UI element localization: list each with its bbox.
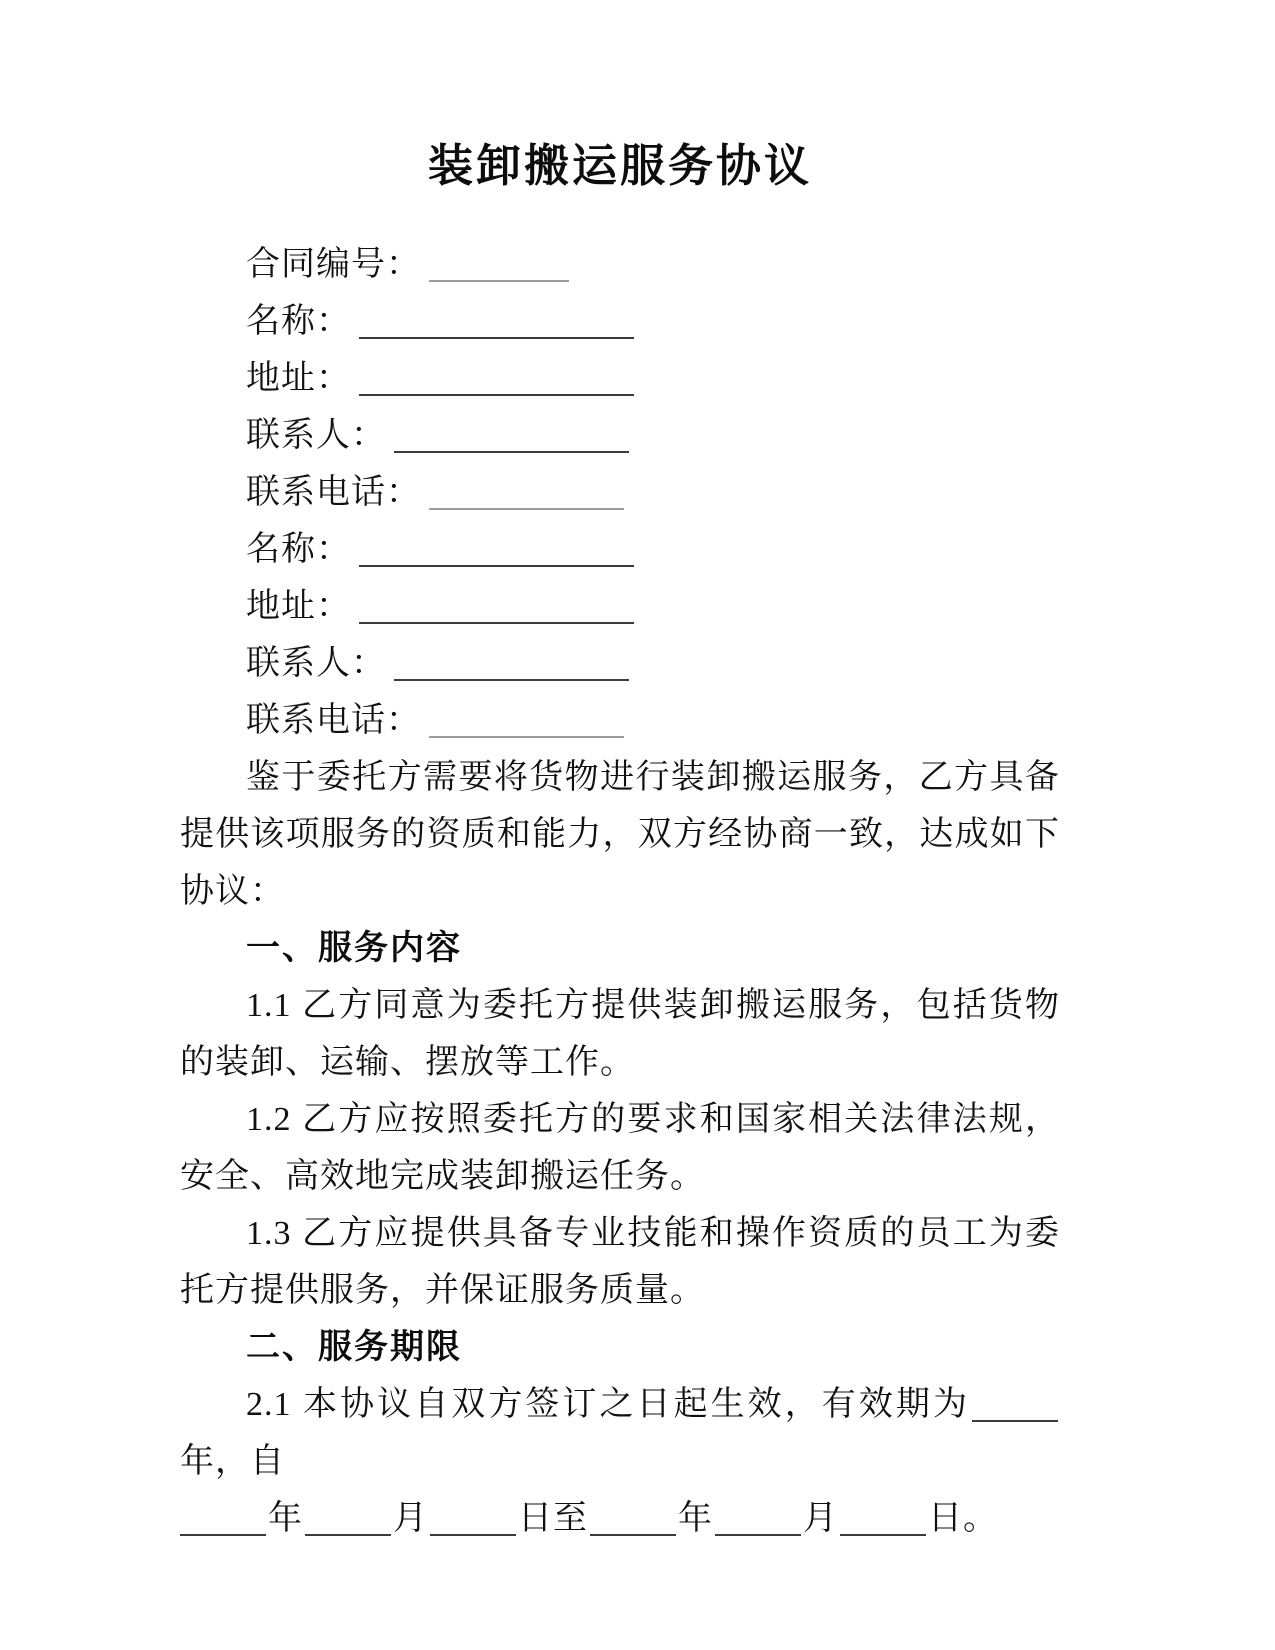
- end-year-blank-line[interactable]: [590, 1500, 676, 1536]
- start-day-to-label: 日至: [518, 1500, 588, 1537]
- term-date-line: 年月日至年月日。: [180, 1490, 1060, 1547]
- start-year-label: 年: [268, 1500, 303, 1537]
- party1-address-blank-line[interactable]: [359, 360, 634, 396]
- field-row-party1-phone: 联系电话：: [180, 464, 1060, 521]
- party2-phone-blank-line[interactable]: [429, 702, 624, 738]
- field-label-party2-name: 名称：: [246, 531, 351, 568]
- field-label-party1-address: 地址：: [246, 360, 351, 397]
- field-label-party1-contact: 联系人：: [246, 417, 386, 454]
- document-title: 装卸搬运服务协议: [180, 130, 1060, 202]
- end-year-label: 年: [678, 1500, 713, 1537]
- field-row-party1-address: 地址：: [180, 350, 1060, 407]
- party1-contact-blank-line[interactable]: [394, 417, 629, 453]
- term-years-blank-line[interactable]: [972, 1386, 1058, 1422]
- contract-document-page: 装卸搬运服务协议 合同编号： 名称： 地址： 联系人： 联系电话： 名称： 地址…: [0, 0, 1275, 1650]
- end-day-label: 日。: [928, 1500, 998, 1537]
- field-row-party2-address: 地址：: [180, 578, 1060, 635]
- party2-address-blank-line[interactable]: [359, 588, 634, 624]
- field-row-contract-number: 合同编号：: [180, 236, 1060, 293]
- field-label-party2-contact: 联系人：: [246, 645, 386, 682]
- party1-phone-blank-line[interactable]: [429, 474, 624, 510]
- clause-1-3: 1.3 乙方应提供具备专业技能和操作资质的员工为委托方提供服务，并保证服务质量。: [180, 1205, 1060, 1319]
- clause-1-1: 1.1 乙方同意为委托方提供装卸搬运服务，包括货物的装卸、运输、摆放等工作。: [180, 977, 1060, 1091]
- field-row-party2-phone: 联系电话：: [180, 692, 1060, 749]
- field-row-party2-contact: 联系人：: [180, 635, 1060, 692]
- field-row-party2-name: 名称：: [180, 521, 1060, 578]
- clause-1-2: 1.2 乙方应按照委托方的要求和国家相关法律法规，安全、高效地完成装卸搬运任务。: [180, 1091, 1060, 1205]
- start-day-blank-line[interactable]: [430, 1500, 516, 1536]
- end-month-label: 月: [803, 1500, 838, 1537]
- field-label-party2-address: 地址：: [246, 588, 351, 625]
- end-month-blank-line[interactable]: [715, 1500, 801, 1536]
- section1-heading: 一、服务内容: [180, 920, 1060, 977]
- party2-name-blank-line[interactable]: [359, 531, 634, 567]
- field-row-party1-contact: 联系人：: [180, 407, 1060, 464]
- clause-2-1-text-before: 2.1 本协议自双方签订之日起生效，有效期为: [246, 1386, 970, 1423]
- section2-heading: 二、服务期限: [180, 1319, 1060, 1376]
- clause-2-1-text-after: 年，自: [180, 1443, 285, 1480]
- field-label-contract-number: 合同编号：: [246, 246, 421, 283]
- party1-name-blank-line[interactable]: [359, 303, 634, 339]
- field-row-party1-name: 名称：: [180, 293, 1060, 350]
- contract-number-blank-line[interactable]: [429, 246, 569, 282]
- end-day-blank-line[interactable]: [840, 1500, 926, 1536]
- field-label-party1-phone: 联系电话：: [246, 474, 421, 511]
- clause-2-1: 2.1 本协议自双方签订之日起生效，有效期为年，自: [180, 1376, 1060, 1490]
- field-label-party2-phone: 联系电话：: [246, 702, 421, 739]
- start-year-blank-line[interactable]: [180, 1500, 266, 1536]
- party2-contact-blank-line[interactable]: [394, 645, 629, 681]
- start-month-label: 月: [393, 1500, 428, 1537]
- field-label-party1-name: 名称：: [246, 303, 351, 340]
- start-month-blank-line[interactable]: [305, 1500, 391, 1536]
- preamble-paragraph: 鉴于委托方需要将货物进行装卸搬运服务，乙方具备提供该项服务的资质和能力，双方经协…: [180, 749, 1060, 920]
